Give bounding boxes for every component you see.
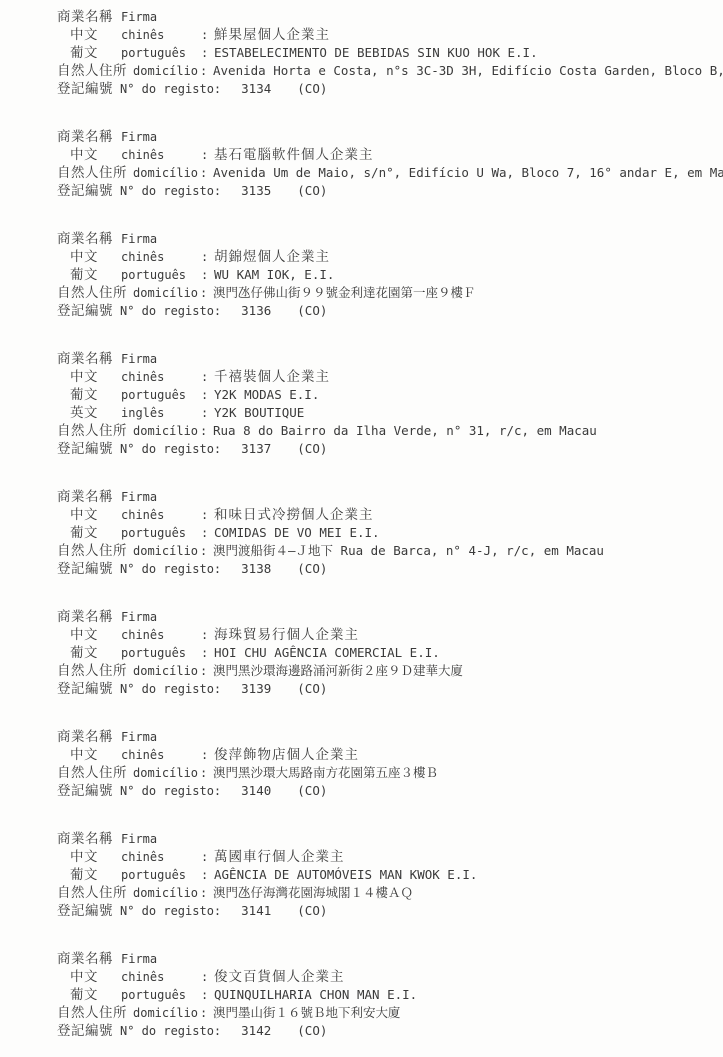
registration-suffix: (CO) — [297, 902, 327, 920]
chinese-label-pt: chinês — [121, 146, 201, 164]
chinese-name-line: 中文 chinês : 基石電腦軟件個人企業主 — [0, 146, 723, 164]
portuguese-label-zh: 葡文 — [70, 44, 121, 62]
domicile-label-pt: domicílio — [133, 542, 200, 560]
registration-label-zh: 登記編號 — [57, 560, 120, 578]
domicile-value: Rua 8 do Bairro da Ilha Verde, n° 31, r/… — [213, 422, 597, 440]
firma-line: 商業名稱 Firma — [0, 128, 723, 146]
chinese-name-line: 中文 chinês : 胡錦煜個人企業主 — [0, 248, 723, 266]
registration-label-zh: 登記編號 — [57, 440, 120, 458]
business-name-label-zh: 商業名稱 — [57, 608, 121, 626]
registration-suffix: (CO) — [297, 1022, 327, 1040]
portuguese-label-pt: português — [121, 386, 201, 404]
registration-label-zh: 登記編號 — [57, 680, 120, 698]
domicile-line: 自然人住所 domicílio : Avenida Um de Maio, s/… — [0, 164, 723, 182]
business-name-label-pt: Firma — [121, 8, 157, 26]
chinese-name-line: 中文 chinês : 鮮果屋個人企業主 — [0, 26, 723, 44]
english-name-value: Y2K BOUTIQUE — [214, 404, 304, 422]
portuguese-name-line: 葡文 português : Y2K MODAS E.I. — [0, 386, 723, 404]
domicile-value: 澳門墨山街１６號Ｂ地下利安大廈 — [213, 1004, 401, 1022]
registration-label-pt: N° do registo: — [120, 440, 221, 458]
chinese-label-pt: chinês — [121, 368, 201, 386]
registration-label-zh: 登記編號 — [57, 80, 120, 98]
domicile-line: 自然人住所 domicílio : 澳門黑沙環大馬路南方花園第五座３樓Ｂ — [0, 764, 723, 782]
registration-suffix: (CO) — [297, 302, 327, 320]
chinese-name-line: 中文 chinês : 俊文百貨個人企業主 — [0, 968, 723, 986]
portuguese-name-line: 葡文 português : HOI CHU AGÊNCIA COMERCIAL… — [0, 644, 723, 662]
chinese-label-zh: 中文 — [70, 368, 121, 386]
chinese-name-value: 俊萍飾物店個人企業主 — [214, 746, 359, 764]
portuguese-name-value: Y2K MODAS E.I. — [214, 386, 319, 404]
registration-number: 3137 — [241, 440, 271, 458]
registration-label-pt: N° do registo: — [120, 782, 221, 800]
registration-number: 3141 — [241, 902, 271, 920]
business-name-label-zh: 商業名稱 — [57, 488, 121, 506]
portuguese-name-line: 葡文 português : WU KAM IOK, E.I. — [0, 266, 723, 284]
domicile-label-pt: domicílio — [133, 422, 200, 440]
business-name-label-pt: Firma — [121, 128, 157, 146]
business-name-label-zh: 商業名稱 — [57, 230, 121, 248]
business-name-label-pt: Firma — [121, 830, 157, 848]
firma-line: 商業名稱 Firma — [0, 488, 723, 506]
domicile-value: 澳門氹仔海灣花園海城閣１４樓ＡＱ — [213, 884, 413, 902]
registry-document-page: 商業名稱 Firma 中文 chinês : 鮮果屋個人企業主 葡文 portu… — [0, 0, 723, 1057]
domicile-line: 自然人住所 domicílio : 澳門渡船街４—Ｊ地下 Rua de Barc… — [0, 542, 723, 560]
colon-separator: : — [200, 764, 213, 782]
colon-separator: : — [200, 542, 213, 560]
business-name-label-zh: 商業名稱 — [57, 350, 121, 368]
business-name-label-pt: Firma — [121, 950, 157, 968]
domicile-label-zh: 自然人住所 — [57, 422, 133, 440]
registration-suffix: (CO) — [297, 80, 327, 98]
chinese-label-pt: chinês — [121, 26, 201, 44]
colon-separator: : — [201, 386, 214, 404]
registration-label-pt: N° do registo: — [120, 182, 221, 200]
colon-separator: : — [200, 62, 213, 80]
business-name-label-zh: 商業名稱 — [57, 728, 121, 746]
registration-line: 登記編號 N° do registo: 3135 (CO) — [0, 182, 723, 200]
firma-line: 商業名稱 Firma — [0, 728, 723, 746]
colon-separator: : — [201, 644, 214, 662]
portuguese-label-pt: português — [121, 44, 201, 62]
domicile-label-pt: domicílio — [133, 662, 200, 680]
portuguese-label-zh: 葡文 — [70, 266, 121, 284]
colon-separator: : — [201, 746, 214, 764]
chinese-name-line: 中文 chinês : 和味日式冷撈個人企業主 — [0, 506, 723, 524]
portuguese-name-value: AGÊNCIA DE AUTOMÓVEIS MAN KWOK E.I. — [214, 866, 477, 884]
colon-separator: : — [200, 164, 213, 182]
registration-label-zh: 登記編號 — [57, 782, 120, 800]
business-name-label-pt: Firma — [121, 230, 157, 248]
domicile-label-zh: 自然人住所 — [57, 662, 133, 680]
chinese-label-pt: chinês — [121, 968, 201, 986]
domicile-line: 自然人住所 domicílio : Rua 8 do Bairro da Ilh… — [0, 422, 723, 440]
firma-line: 商業名稱 Firma — [0, 350, 723, 368]
registration-number: 3139 — [241, 680, 271, 698]
domicile-label-zh: 自然人住所 — [57, 1004, 133, 1022]
domicile-value: 澳門黑沙環大馬路南方花園第五座３樓Ｂ — [213, 764, 438, 782]
colon-separator: : — [201, 524, 214, 542]
registration-number: 3136 — [241, 302, 271, 320]
registration-line: 登記編號 N° do registo: 3140 (CO) — [0, 782, 723, 800]
registration-label-zh: 登記編號 — [57, 302, 120, 320]
colon-separator: : — [201, 368, 214, 386]
english-label-pt: inglês — [121, 404, 201, 422]
domicile-value: Avenida Um de Maio, s/n°, Edifício U Wa,… — [213, 164, 723, 182]
chinese-name-line: 中文 chinês : 萬國車行個人企業主 — [0, 848, 723, 866]
domicile-line: 自然人住所 domicílio : 澳門氹仔海灣花園海城閣１４樓ＡＱ — [0, 884, 723, 902]
colon-separator: : — [201, 506, 214, 524]
domicile-label-pt: domicílio — [133, 284, 200, 302]
portuguese-name-value: HOI CHU AGÊNCIA COMERCIAL E.I. — [214, 644, 440, 662]
registration-line: 登記編號 N° do registo: 3134 (CO) — [0, 80, 723, 98]
domicile-label-pt: domicílio — [133, 1004, 200, 1022]
registration-label-zh: 登記編號 — [57, 182, 120, 200]
colon-separator: : — [201, 866, 214, 884]
domicile-line: 自然人住所 domicílio : Avenida Horta e Costa,… — [0, 62, 723, 80]
firma-line: 商業名稱 Firma — [0, 608, 723, 626]
portuguese-name-line: 葡文 português : AGÊNCIA DE AUTOMÓVEIS MAN… — [0, 866, 723, 884]
colon-separator: : — [201, 146, 214, 164]
chinese-label-pt: chinês — [121, 506, 201, 524]
firma-line: 商業名稱 Firma — [0, 8, 723, 26]
colon-separator: : — [200, 284, 213, 302]
domicile-value: Avenida Horta e Costa, n°s 3C-3D 3H, Edi… — [213, 62, 723, 80]
domicile-label-zh: 自然人住所 — [57, 542, 133, 560]
colon-separator: : — [201, 44, 214, 62]
registration-suffix: (CO) — [297, 440, 327, 458]
chinese-name-value: 胡錦煜個人企業主 — [214, 248, 330, 266]
registration-label-pt: N° do registo: — [120, 902, 221, 920]
registration-suffix: (CO) — [297, 182, 327, 200]
english-name-line: 英文 inglês : Y2K BOUTIQUE — [0, 404, 723, 422]
chinese-name-line: 中文 chinês : 海珠貿易行個人企業主 — [0, 626, 723, 644]
domicile-label-zh: 自然人住所 — [57, 764, 133, 782]
registration-line: 登記編號 N° do registo: 3142 (CO) — [0, 1022, 723, 1040]
business-name-label-pt: Firma — [121, 488, 157, 506]
portuguese-label-zh: 葡文 — [70, 386, 121, 404]
domicile-line: 自然人住所 domicílio : 澳門黑沙環海邊路涌河新街２座９Ｄ建華大廈 — [0, 662, 723, 680]
chinese-name-value: 俊文百貨個人企業主 — [214, 968, 345, 986]
chinese-name-value: 和味日式冷撈個人企業主 — [214, 506, 374, 524]
chinese-label-zh: 中文 — [70, 26, 121, 44]
business-name-label-pt: Firma — [121, 608, 157, 626]
chinese-name-value: 海珠貿易行個人企業主 — [214, 626, 359, 644]
registration-line: 登記編號 N° do registo: 3137 (CO) — [0, 440, 723, 458]
registration-label-pt: N° do registo: — [120, 1022, 221, 1040]
chinese-label-zh: 中文 — [70, 746, 121, 764]
registration-suffix: (CO) — [297, 560, 327, 578]
registration-number: 3138 — [241, 560, 271, 578]
domicile-value: 澳門黑沙環海邊路涌河新街２座９Ｄ建華大廈 — [213, 662, 463, 680]
business-name-label-zh: 商業名稱 — [57, 830, 121, 848]
registration-line: 登記編號 N° do registo: 3141 (CO) — [0, 902, 723, 920]
colon-separator: : — [201, 26, 214, 44]
domicile-line: 自然人住所 domicílio : 澳門氹仔佛山街９９號金利達花園第一座９樓Ｆ — [0, 284, 723, 302]
business-name-label-pt: Firma — [121, 728, 157, 746]
registry-entry: 商業名稱 Firma 中文 chinês : 萬國車行個人企業主 葡文 port… — [0, 830, 723, 920]
portuguese-label-zh: 葡文 — [70, 986, 121, 1004]
business-name-label-zh: 商業名稱 — [57, 950, 121, 968]
registration-label-pt: N° do registo: — [120, 80, 221, 98]
business-name-label-zh: 商業名稱 — [57, 128, 121, 146]
colon-separator: : — [201, 986, 214, 1004]
portuguese-label-zh: 葡文 — [70, 644, 121, 662]
domicile-label-pt: domicílio — [133, 62, 200, 80]
domicile-value: 澳門氹仔佛山街９９號金利達花園第一座９樓Ｆ — [213, 284, 476, 302]
chinese-label-pt: chinês — [121, 848, 201, 866]
chinese-name-value: 萬國車行個人企業主 — [214, 848, 345, 866]
domicile-label-zh: 自然人住所 — [57, 164, 133, 182]
firma-line: 商業名稱 Firma — [0, 950, 723, 968]
registry-entry: 商業名稱 Firma 中文 chinês : 和味日式冷撈個人企業主 葡文 po… — [0, 488, 723, 578]
registry-entry: 商業名稱 Firma 中文 chinês : 俊萍飾物店個人企業主 自然人住所 … — [0, 728, 723, 800]
registration-line: 登記編號 N° do registo: 3139 (CO) — [0, 680, 723, 698]
registration-suffix: (CO) — [297, 680, 327, 698]
portuguese-name-value: ESTABELECIMENTO DE BEBIDAS SIN KUO HOK E… — [214, 44, 538, 62]
english-label-zh: 英文 — [70, 404, 121, 422]
colon-separator: : — [201, 848, 214, 866]
registration-number: 3140 — [241, 782, 271, 800]
domicile-label-pt: domicílio — [133, 764, 200, 782]
chinese-name-value: 鮮果屋個人企業主 — [214, 26, 330, 44]
portuguese-name-line: 葡文 português : COMIDAS DE VO MEI E.I. — [0, 524, 723, 542]
chinese-label-zh: 中文 — [70, 146, 121, 164]
chinese-label-pt: chinês — [121, 746, 201, 764]
colon-separator: : — [200, 422, 213, 440]
registration-number: 3135 — [241, 182, 271, 200]
domicile-label-pt: domicílio — [133, 164, 200, 182]
registration-line: 登記編號 N° do registo: 3136 (CO) — [0, 302, 723, 320]
domicile-line: 自然人住所 domicílio : 澳門墨山街１６號Ｂ地下利安大廈 — [0, 1004, 723, 1022]
business-name-label-zh: 商業名稱 — [57, 8, 121, 26]
portuguese-name-line: 葡文 português : QUINQUILHARIA CHON MAN E.… — [0, 986, 723, 1004]
registry-entry: 商業名稱 Firma 中文 chinês : 俊文百貨個人企業主 葡文 port… — [0, 950, 723, 1040]
chinese-label-zh: 中文 — [70, 626, 121, 644]
firma-line: 商業名稱 Firma — [0, 830, 723, 848]
colon-separator: : — [200, 662, 213, 680]
domicile-label-pt: domicílio — [133, 884, 200, 902]
portuguese-name-value: WU KAM IOK, E.I. — [214, 266, 334, 284]
chinese-name-value: 基石電腦軟件個人企業主 — [214, 146, 374, 164]
registry-entry: 商業名稱 Firma 中文 chinês : 鮮果屋個人企業主 葡文 portu… — [0, 8, 723, 98]
chinese-label-pt: chinês — [121, 626, 201, 644]
chinese-label-zh: 中文 — [70, 848, 121, 866]
portuguese-label-pt: português — [121, 266, 201, 284]
portuguese-label-zh: 葡文 — [70, 866, 121, 884]
registration-number: 3134 — [241, 80, 271, 98]
portuguese-label-pt: português — [121, 524, 201, 542]
registration-label-zh: 登記編號 — [57, 1022, 120, 1040]
chinese-label-pt: chinês — [121, 248, 201, 266]
chinese-name-line: 中文 chinês : 千禧裝個人企業主 — [0, 368, 723, 386]
portuguese-label-zh: 葡文 — [70, 524, 121, 542]
portuguese-name-line: 葡文 português : ESTABELECIMENTO DE BEBIDA… — [0, 44, 723, 62]
portuguese-label-pt: português — [121, 866, 201, 884]
colon-separator: : — [200, 1004, 213, 1022]
registration-label-pt: N° do registo: — [120, 302, 221, 320]
registration-suffix: (CO) — [297, 782, 327, 800]
business-name-label-pt: Firma — [121, 350, 157, 368]
colon-separator: : — [201, 248, 214, 266]
registration-label-zh: 登記編號 — [57, 902, 120, 920]
chinese-name-line: 中文 chinês : 俊萍飾物店個人企業主 — [0, 746, 723, 764]
registry-entry: 商業名稱 Firma 中文 chinês : 千禧裝個人企業主 葡文 portu… — [0, 350, 723, 458]
colon-separator: : — [201, 404, 214, 422]
chinese-name-value: 千禧裝個人企業主 — [214, 368, 330, 386]
portuguese-label-pt: português — [121, 644, 201, 662]
colon-separator: : — [200, 884, 213, 902]
registration-number: 3142 — [241, 1022, 271, 1040]
registration-line: 登記編號 N° do registo: 3138 (CO) — [0, 560, 723, 578]
registry-entry: 商業名稱 Firma 中文 chinês : 基石電腦軟件個人企業主 自然人住所… — [0, 128, 723, 200]
domicile-label-zh: 自然人住所 — [57, 884, 133, 902]
colon-separator: : — [201, 968, 214, 986]
colon-separator: : — [201, 626, 214, 644]
chinese-label-zh: 中文 — [70, 968, 121, 986]
portuguese-name-value: QUINQUILHARIA CHON MAN E.I. — [214, 986, 417, 1004]
registry-entries-list: 商業名稱 Firma 中文 chinês : 鮮果屋個人企業主 葡文 portu… — [0, 8, 723, 1040]
firma-line: 商業名稱 Firma — [0, 230, 723, 248]
portuguese-name-value: COMIDAS DE VO MEI E.I. — [214, 524, 380, 542]
portuguese-label-pt: português — [121, 986, 201, 1004]
registry-entry: 商業名稱 Firma 中文 chinês : 胡錦煜個人企業主 葡文 portu… — [0, 230, 723, 320]
colon-separator: : — [201, 266, 214, 284]
registration-label-pt: N° do registo: — [120, 560, 221, 578]
chinese-label-zh: 中文 — [70, 506, 121, 524]
registry-entry: 商業名稱 Firma 中文 chinês : 海珠貿易行個人企業主 葡文 por… — [0, 608, 723, 698]
domicile-value: 澳門渡船街４—Ｊ地下 Rua de Barca, n° 4-J, r/c, em… — [213, 542, 604, 560]
chinese-label-zh: 中文 — [70, 248, 121, 266]
domicile-label-zh: 自然人住所 — [57, 284, 133, 302]
registration-label-pt: N° do registo: — [120, 680, 221, 698]
domicile-label-zh: 自然人住所 — [57, 62, 133, 80]
